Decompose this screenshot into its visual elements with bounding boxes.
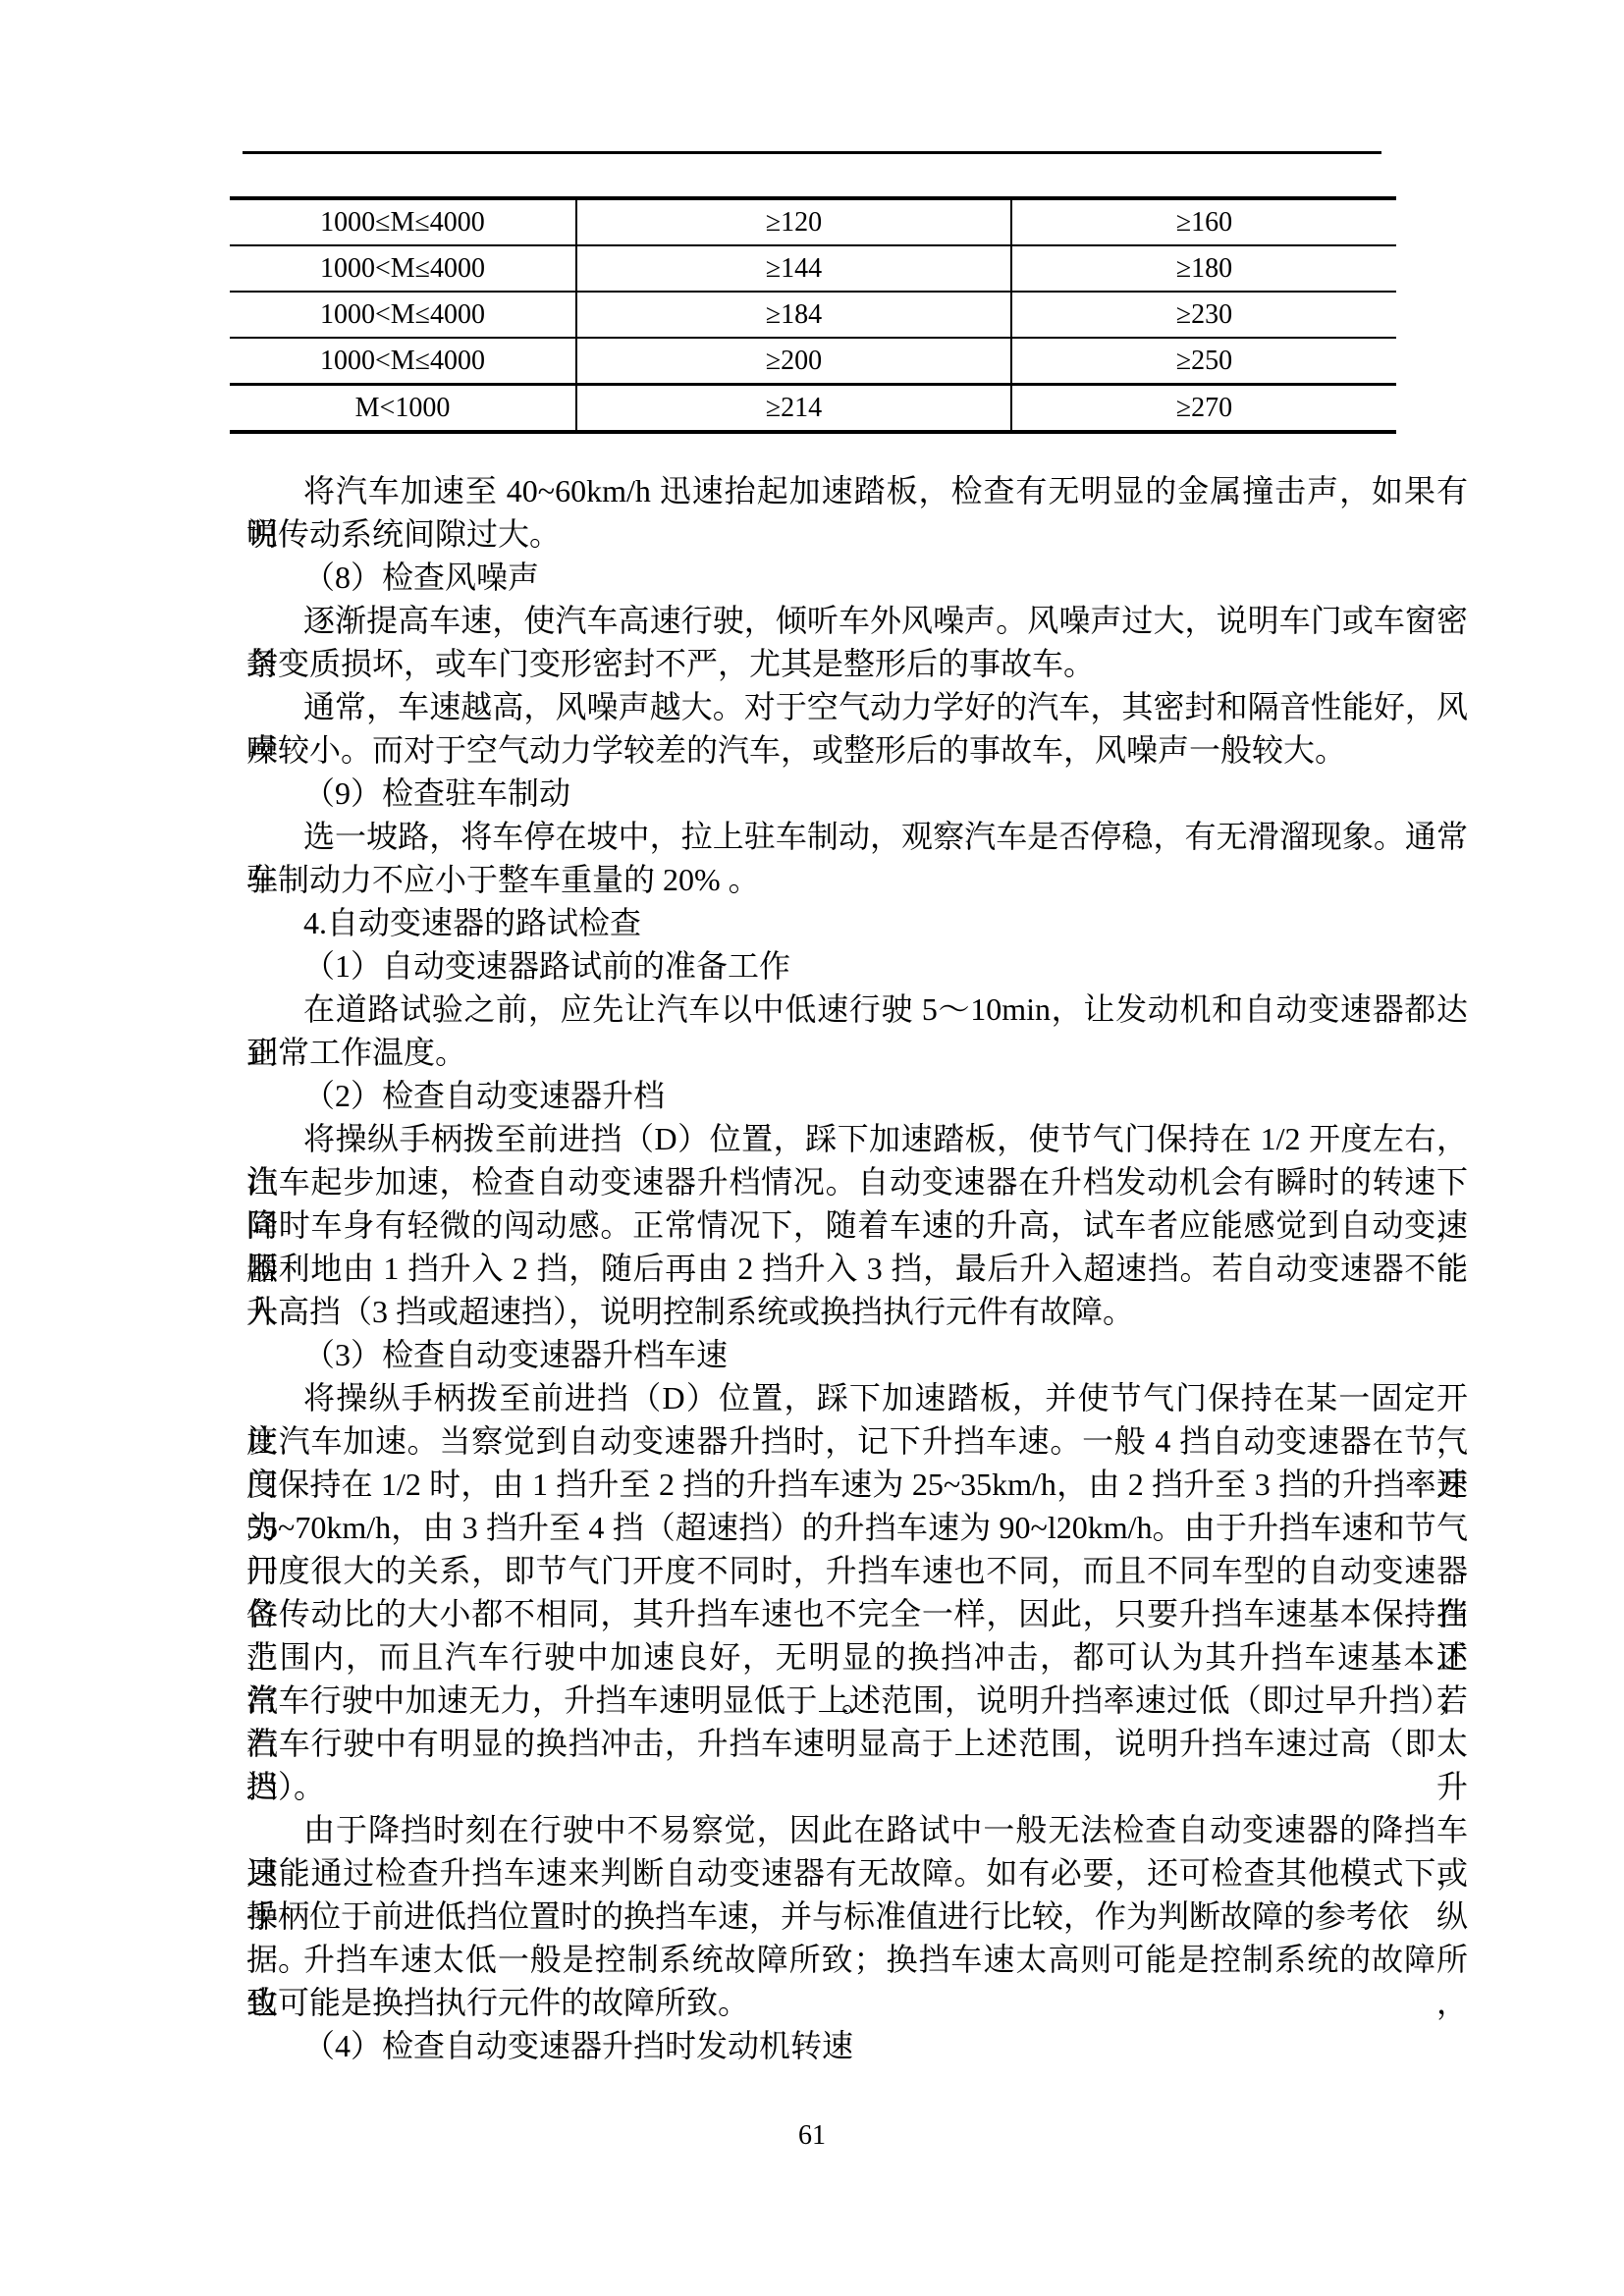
text-line: 汽车起步加速，检查自动变速器升档情况。自动变速器在升档发动机会有瞬时的转速下降， xyxy=(246,1160,1468,1203)
text-line: （2）检查自动变速器升档 xyxy=(246,1074,1468,1117)
text-line: 汽车行驶中加速无力，升挡车速明显低于上述范围，说明升挡率速过低（即过早升挡）；若 xyxy=(246,1679,1468,1722)
text-line: 正常工作温度。 xyxy=(246,1031,1468,1074)
table-row: 1000<M≤4000≥200≥250 xyxy=(230,338,1396,385)
table-row: 1000≤M≤4000≥120≥160 xyxy=(230,198,1396,245)
text-line: （4）检查自动变速器升挡时发动机转速 xyxy=(246,2024,1468,2067)
table-cell: M<1000 xyxy=(230,385,576,433)
text-line: 55~70km/h，由 3 挡升至 4 挡（超速挡）的升挡车速为 90~l20k… xyxy=(246,1506,1468,1549)
table-cell: ≥270 xyxy=(1011,385,1396,433)
spec-table-body: 1000≤M≤4000≥120≥1601000<M≤4000≥144≥18010… xyxy=(230,198,1396,432)
text-line: 汽车行驶中有明显的换挡冲击，升挡车速明显高于上述范围，说明升挡车速过高（即太迟升 xyxy=(246,1722,1468,1765)
table-cell: ≥200 xyxy=(576,338,1011,385)
spec-table: 1000≤M≤4000≥120≥1601000<M≤4000≥144≥18010… xyxy=(230,196,1396,434)
text-line: 同时车身有轻微的闯动感。正常情况下，随着车速的升高，试车者应能感觉到自动变速器能 xyxy=(246,1203,1468,1247)
text-line: 4.自动变速器的路试检查 xyxy=(246,901,1468,944)
text-line: 度保持在 1/2 时，由 1 挡升至 2 挡的升挡车速为 25~35km/h，由… xyxy=(246,1463,1468,1506)
table-row: M<1000≥214≥270 xyxy=(230,385,1396,433)
table-row: 1000<M≤4000≥184≥230 xyxy=(230,292,1396,338)
text-line: 选一坡路，将车停在坡中，拉上驻车制动，观察汽车是否停稳，有无滑溜现象。通常驻 xyxy=(246,815,1468,858)
text-line: 将操纵手柄拨至前进挡（D）位置，踩下加速踏板，使节气门保持在 1/2 开度左右，… xyxy=(246,1117,1468,1160)
text-line: 将操纵手柄拨至前进挡（D）位置，踩下加速踏板，并使节气门保持在某一固定开度， xyxy=(246,1376,1468,1419)
header-rule xyxy=(243,151,1381,154)
text-line: 条变质损坏，或车门变形密封不严，尤其是整形后的事故车。 xyxy=(246,642,1468,685)
text-line: 位传动比的大小都不相同，其升挡车速也不完全一样，因此，只要升挡车速基本保持在上述 xyxy=(246,1592,1468,1635)
table-cell: ≥180 xyxy=(1011,245,1396,292)
table-cell: 1000<M≤4000 xyxy=(230,245,576,292)
table-cell: ≥250 xyxy=(1011,338,1396,385)
table-cell: ≥144 xyxy=(576,245,1011,292)
text-line: 范围内，而且汽车行驶中加速良好，无明显的换挡冲击，都可认为其升挡车速基本正常。若 xyxy=(246,1635,1468,1679)
text-line: 声较小。而对于空气动力学较差的汽车，或整形后的事故车，风噪声一般较大。 xyxy=(246,728,1468,772)
document-page: 1000≤M≤4000≥120≥1601000<M≤4000≥144≥18010… xyxy=(0,0,1624,2296)
body-text: 将汽车加速至 40~60km/h 迅速抬起加速踏板，检查有无明显的金属撞击声，如… xyxy=(246,469,1468,2067)
table-cell: 1000<M≤4000 xyxy=(230,292,576,338)
text-line: 入高挡（3 挡或超速挡），说明控制系统或换挡执行元件有故障。 xyxy=(246,1290,1468,1333)
text-line: 开度很大的关系，即节气门开度不同时，升挡车速也不同，而且不同车型的自动变速器各挡 xyxy=(246,1549,1468,1592)
table-cell: 1000≤M≤4000 xyxy=(230,198,576,245)
table-row: 1000<M≤4000≥144≥180 xyxy=(230,245,1396,292)
text-line: （8）检查风噪声 xyxy=(246,556,1468,599)
table-cell: ≥120 xyxy=(576,198,1011,245)
text-line: 逐渐提高车速，使汽车高速行驶，倾听车外风噪声。风噪声过大，说明车门或车窗密封 xyxy=(246,599,1468,642)
text-line: 顺利地由 1 挡升入 2 挡，随后再由 2 挡升入 3 挡，最后升入超速挡。若自… xyxy=(246,1247,1468,1290)
text-line: 明传动系统间隙过大。 xyxy=(246,512,1468,556)
text-line: 让汽车加速。当察觉到自动变速器升挡时，记下升挡车速。一般 4 挡自动变速器在节气… xyxy=(246,1419,1468,1463)
text-line: 由于降挡时刻在行驶中不易察觉，因此在路试中一般无法检查自动变速器的降挡车速， xyxy=(246,1808,1468,1851)
page-number: 61 xyxy=(0,2120,1624,2152)
text-line: （3）检查自动变速器升档车速 xyxy=(246,1333,1468,1376)
text-line: 升挡车速太低一般是控制系统故障所致；换挡车速太高则可能是控制系统的故障所致， xyxy=(246,1938,1468,1981)
table-cell: ≥160 xyxy=(1011,198,1396,245)
text-line: 只能通过检查升挡车速来判断自动变速器有无故障。如有必要，还可检查其他模式下或操纵 xyxy=(246,1851,1468,1895)
table-cell: ≥184 xyxy=(576,292,1011,338)
text-line: 在道路试验之前，应先让汽车以中低速行驶 5～10min，让发动机和自动变速器都达… xyxy=(246,988,1468,1031)
text-line: 车制动力不应小于整车重量的 20% 。 xyxy=(246,858,1468,901)
text-line: 手柄位于前进低挡位置时的换挡车速，并与标准值进行比较，作为判断故障的参考依据。 xyxy=(246,1895,1468,1938)
table-cell: 1000<M≤4000 xyxy=(230,338,576,385)
text-line: 将汽车加速至 40~60km/h 迅速抬起加速踏板，检查有无明显的金属撞击声，如… xyxy=(246,469,1468,512)
table-cell: ≥230 xyxy=(1011,292,1396,338)
text-line: （9）检查驻车制动 xyxy=(246,772,1468,815)
text-line: 通常，车速越高，风噪声越大。对于空气动力学好的汽车，其密封和隔音性能好，风噪 xyxy=(246,685,1468,728)
table-cell: ≥214 xyxy=(576,385,1011,433)
text-line: （1）自动变速器路试前的准备工作 xyxy=(246,944,1468,988)
